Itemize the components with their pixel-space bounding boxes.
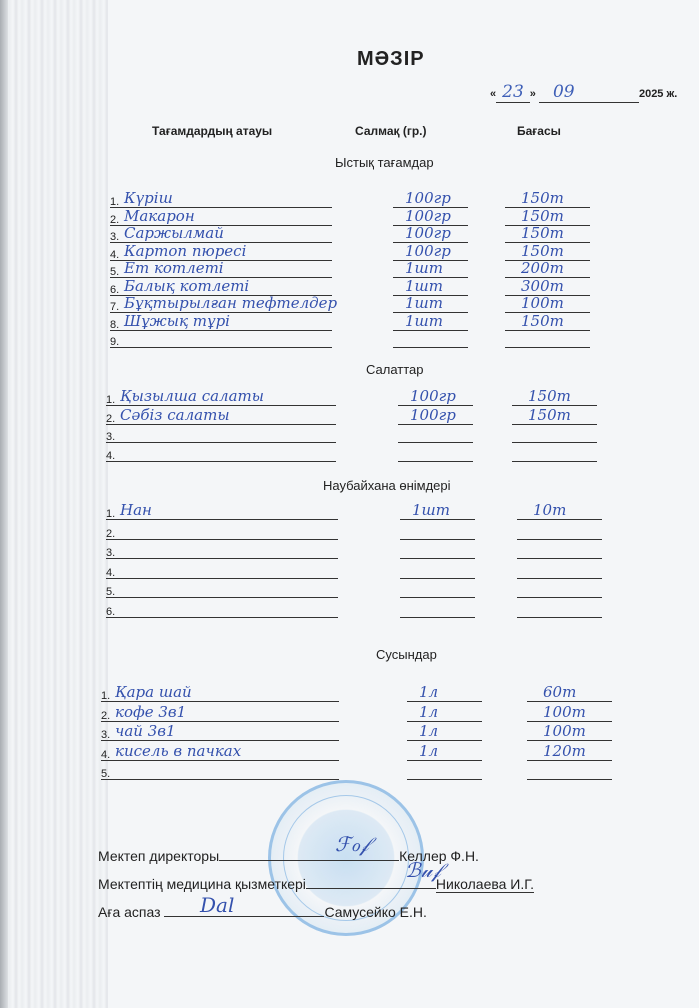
dish-weight: 1л	[419, 722, 438, 740]
dish-weight: 1шт	[405, 294, 443, 312]
dish-weight: 1л	[419, 742, 438, 760]
dish-name: Күріш	[124, 189, 173, 207]
menu-row: 1.Қара шай1л60т	[101, 684, 612, 702]
dish-name-line	[106, 600, 338, 618]
weight-line	[400, 580, 475, 598]
dish-name: кофе 3в1	[115, 703, 186, 721]
section-title: Салаттар	[366, 362, 424, 377]
menu-row: 1.Күріш100гр150т	[110, 190, 590, 208]
row-number: 4.	[106, 567, 115, 579]
price-line	[517, 561, 602, 579]
dish-weight: 1шт	[405, 259, 443, 277]
dish-price: 150т	[521, 312, 564, 330]
dish-name-line	[106, 561, 338, 579]
menu-row: 5.	[106, 580, 602, 598]
menu-row: 7.Бұқтырылған тефтелдер1шт100т	[110, 295, 590, 313]
weight-line	[400, 522, 475, 540]
dish-price: 150т	[521, 242, 564, 260]
menu-row: 6.Балық котлеті1шт300т	[110, 278, 590, 296]
signature-role: Мектептің медицина қызметкері	[98, 876, 306, 892]
dish-weight: 1шт	[405, 277, 443, 295]
dish-price: 150т	[521, 224, 564, 242]
row-number: 8.	[110, 319, 119, 331]
price-line	[512, 425, 597, 443]
menu-row: 4.	[106, 561, 602, 579]
row-number: 2.	[110, 214, 119, 226]
dish-name: Балық котлеті	[124, 277, 249, 295]
dish-weight: 1л	[419, 683, 438, 701]
row-number: 2.	[106, 413, 115, 425]
menu-row: 3.Саржылмай100гр150т	[110, 225, 590, 243]
price-line	[505, 330, 590, 348]
row-number: 3.	[106, 547, 115, 559]
menu-row: 4.кисель в пачках1л120т	[101, 743, 612, 761]
row-number: 1.	[106, 394, 115, 406]
row-number: 7.	[110, 301, 119, 313]
dish-price: 100т	[521, 294, 564, 312]
signature-name: Николаева И.Г.	[436, 876, 534, 893]
menu-row: 2.Макарон100гр150т	[110, 208, 590, 226]
signature-role: Аға аспаз	[98, 904, 161, 920]
menu-row: 3.чай 3в11л100т	[101, 723, 612, 741]
menu-row: 5.	[101, 762, 612, 780]
date-close-quote: »	[530, 88, 536, 100]
column-header-name: Тағамдардың атауы	[152, 124, 272, 138]
weight-line	[393, 330, 468, 348]
dish-price: 200т	[521, 259, 564, 277]
menu-document: МӘЗІР «23» 092025 ж. Тағамдардың атауы С…	[0, 0, 699, 1008]
dish-weight: 100гр	[405, 207, 451, 225]
dish-name-line	[106, 541, 338, 559]
menu-row: 3.	[106, 541, 602, 559]
price-line	[517, 522, 602, 540]
dish-name: Қара шай	[115, 683, 192, 701]
row-number: 5.	[110, 266, 119, 278]
price-line	[517, 600, 602, 618]
section-title: Сусындар	[376, 647, 437, 662]
menu-row: 3.	[106, 425, 597, 443]
dish-name-line	[106, 425, 336, 443]
dish-weight: 1л	[419, 703, 438, 721]
dish-name-line	[110, 330, 332, 348]
signature-mark-medic: ℬ𝓊𝒻	[405, 858, 441, 882]
dish-price: 120т	[543, 742, 586, 760]
dish-price: 100т	[543, 722, 586, 740]
row-number: 4.	[101, 749, 110, 761]
dish-name: Нан	[120, 501, 152, 519]
signature-mark-director: ℱℴ𝒻	[335, 832, 369, 856]
signature-medic: Мектептің медицина қызметкеріНиколаева И…	[98, 874, 534, 892]
weight-line	[398, 444, 473, 462]
menu-row: 4.Картоп пюресі100гр150т	[110, 243, 590, 261]
dish-name-line	[106, 444, 336, 462]
column-header-price: Бағасы	[517, 124, 561, 138]
dish-name: Макарон	[124, 207, 195, 225]
signature-chef: Аға аспаз Самусейко Е.Н.	[98, 902, 427, 920]
dish-weight: 100гр	[405, 189, 451, 207]
weight-line	[398, 425, 473, 443]
row-number: 6.	[110, 284, 119, 296]
price-line	[517, 541, 602, 559]
dish-name: кисель в пачках	[115, 742, 241, 760]
row-number: 3.	[101, 729, 110, 741]
menu-row: 8.Шұжық тұрі1шт150т	[110, 313, 590, 331]
dish-name: Картоп пюресі	[124, 242, 246, 260]
weight-line	[400, 561, 475, 579]
dish-name: Сәбіз салаты	[120, 406, 230, 424]
row-number: 5.	[101, 768, 110, 780]
dish-weight: 100гр	[405, 224, 451, 242]
row-number: 4.	[106, 450, 115, 462]
weight-line	[400, 600, 475, 618]
dish-price: 100т	[543, 703, 586, 721]
dish-name: Бұқтырылған тефтелдер	[124, 294, 337, 312]
row-number: 2.	[101, 710, 110, 722]
menu-row: 4.	[106, 444, 597, 462]
menu-row: 5.Ет котлеті1шт200т	[110, 260, 590, 278]
price-line	[512, 444, 597, 462]
date-day: 23	[496, 82, 530, 103]
row-number: 2.	[106, 528, 115, 540]
section-title: Ыстық тағамдар	[335, 155, 434, 170]
signature-name: Самусейко Е.Н.	[324, 904, 426, 920]
dish-name: Шұжық тұрі	[124, 312, 230, 330]
dish-price: 150т	[528, 387, 571, 405]
dish-price: 300т	[521, 277, 564, 295]
weight-line	[400, 541, 475, 559]
date-year: 2025 ж.	[639, 88, 677, 100]
menu-row: 9.	[110, 330, 590, 348]
document-title: МӘЗІР	[357, 48, 425, 71]
dish-weight: 1шт	[412, 501, 450, 519]
document-date: «23» 092025 ж.	[490, 82, 677, 103]
dish-name-line	[106, 580, 338, 598]
dish-weight: 1шт	[405, 312, 443, 330]
dish-weight: 100гр	[410, 406, 456, 424]
row-number: 6.	[106, 606, 115, 618]
dish-price: 150т	[521, 207, 564, 225]
signature-role: Мектеп директоры	[98, 848, 219, 864]
date-month: 09	[539, 82, 639, 103]
dish-name: Ет котлеті	[124, 259, 224, 277]
row-number: 1.	[110, 196, 119, 208]
dish-name-line	[101, 762, 339, 780]
dish-price: 150т	[528, 406, 571, 424]
row-number: 1.	[101, 690, 110, 702]
row-number: 3.	[106, 431, 115, 443]
row-number: 3.	[110, 231, 119, 243]
row-number: 5.	[106, 586, 115, 598]
dish-name-line	[106, 522, 338, 540]
weight-line	[407, 762, 482, 780]
dish-name: Саржылмай	[124, 224, 224, 242]
price-line	[527, 762, 612, 780]
menu-row: 2.Сәбіз салаты100гр150т	[106, 407, 597, 425]
dish-name: Қызылша салаты	[120, 387, 264, 405]
price-line	[517, 580, 602, 598]
dish-price: 60т	[543, 683, 576, 701]
row-number: 4.	[110, 249, 119, 261]
menu-row: 1.Нан1шт10т	[106, 502, 602, 520]
column-header-weight: Салмақ (гр.)	[355, 124, 427, 138]
dish-weight: 100гр	[405, 242, 451, 260]
row-number: 9.	[110, 336, 119, 348]
dish-price: 150т	[521, 189, 564, 207]
menu-row: 2.	[106, 522, 602, 540]
menu-row: 2.кофе 3в11л100т	[101, 704, 612, 722]
dish-weight: 100гр	[410, 387, 456, 405]
dish-name: чай 3в1	[115, 722, 176, 740]
row-number: 1.	[106, 508, 115, 520]
signature-mark-chef: Dal	[200, 893, 234, 917]
section-title: Наубайхана өнімдері	[323, 478, 451, 493]
menu-row: 1.Қызылша салаты100гр150т	[106, 388, 597, 406]
dish-price: 10т	[533, 501, 566, 519]
menu-row: 6.	[106, 600, 602, 618]
